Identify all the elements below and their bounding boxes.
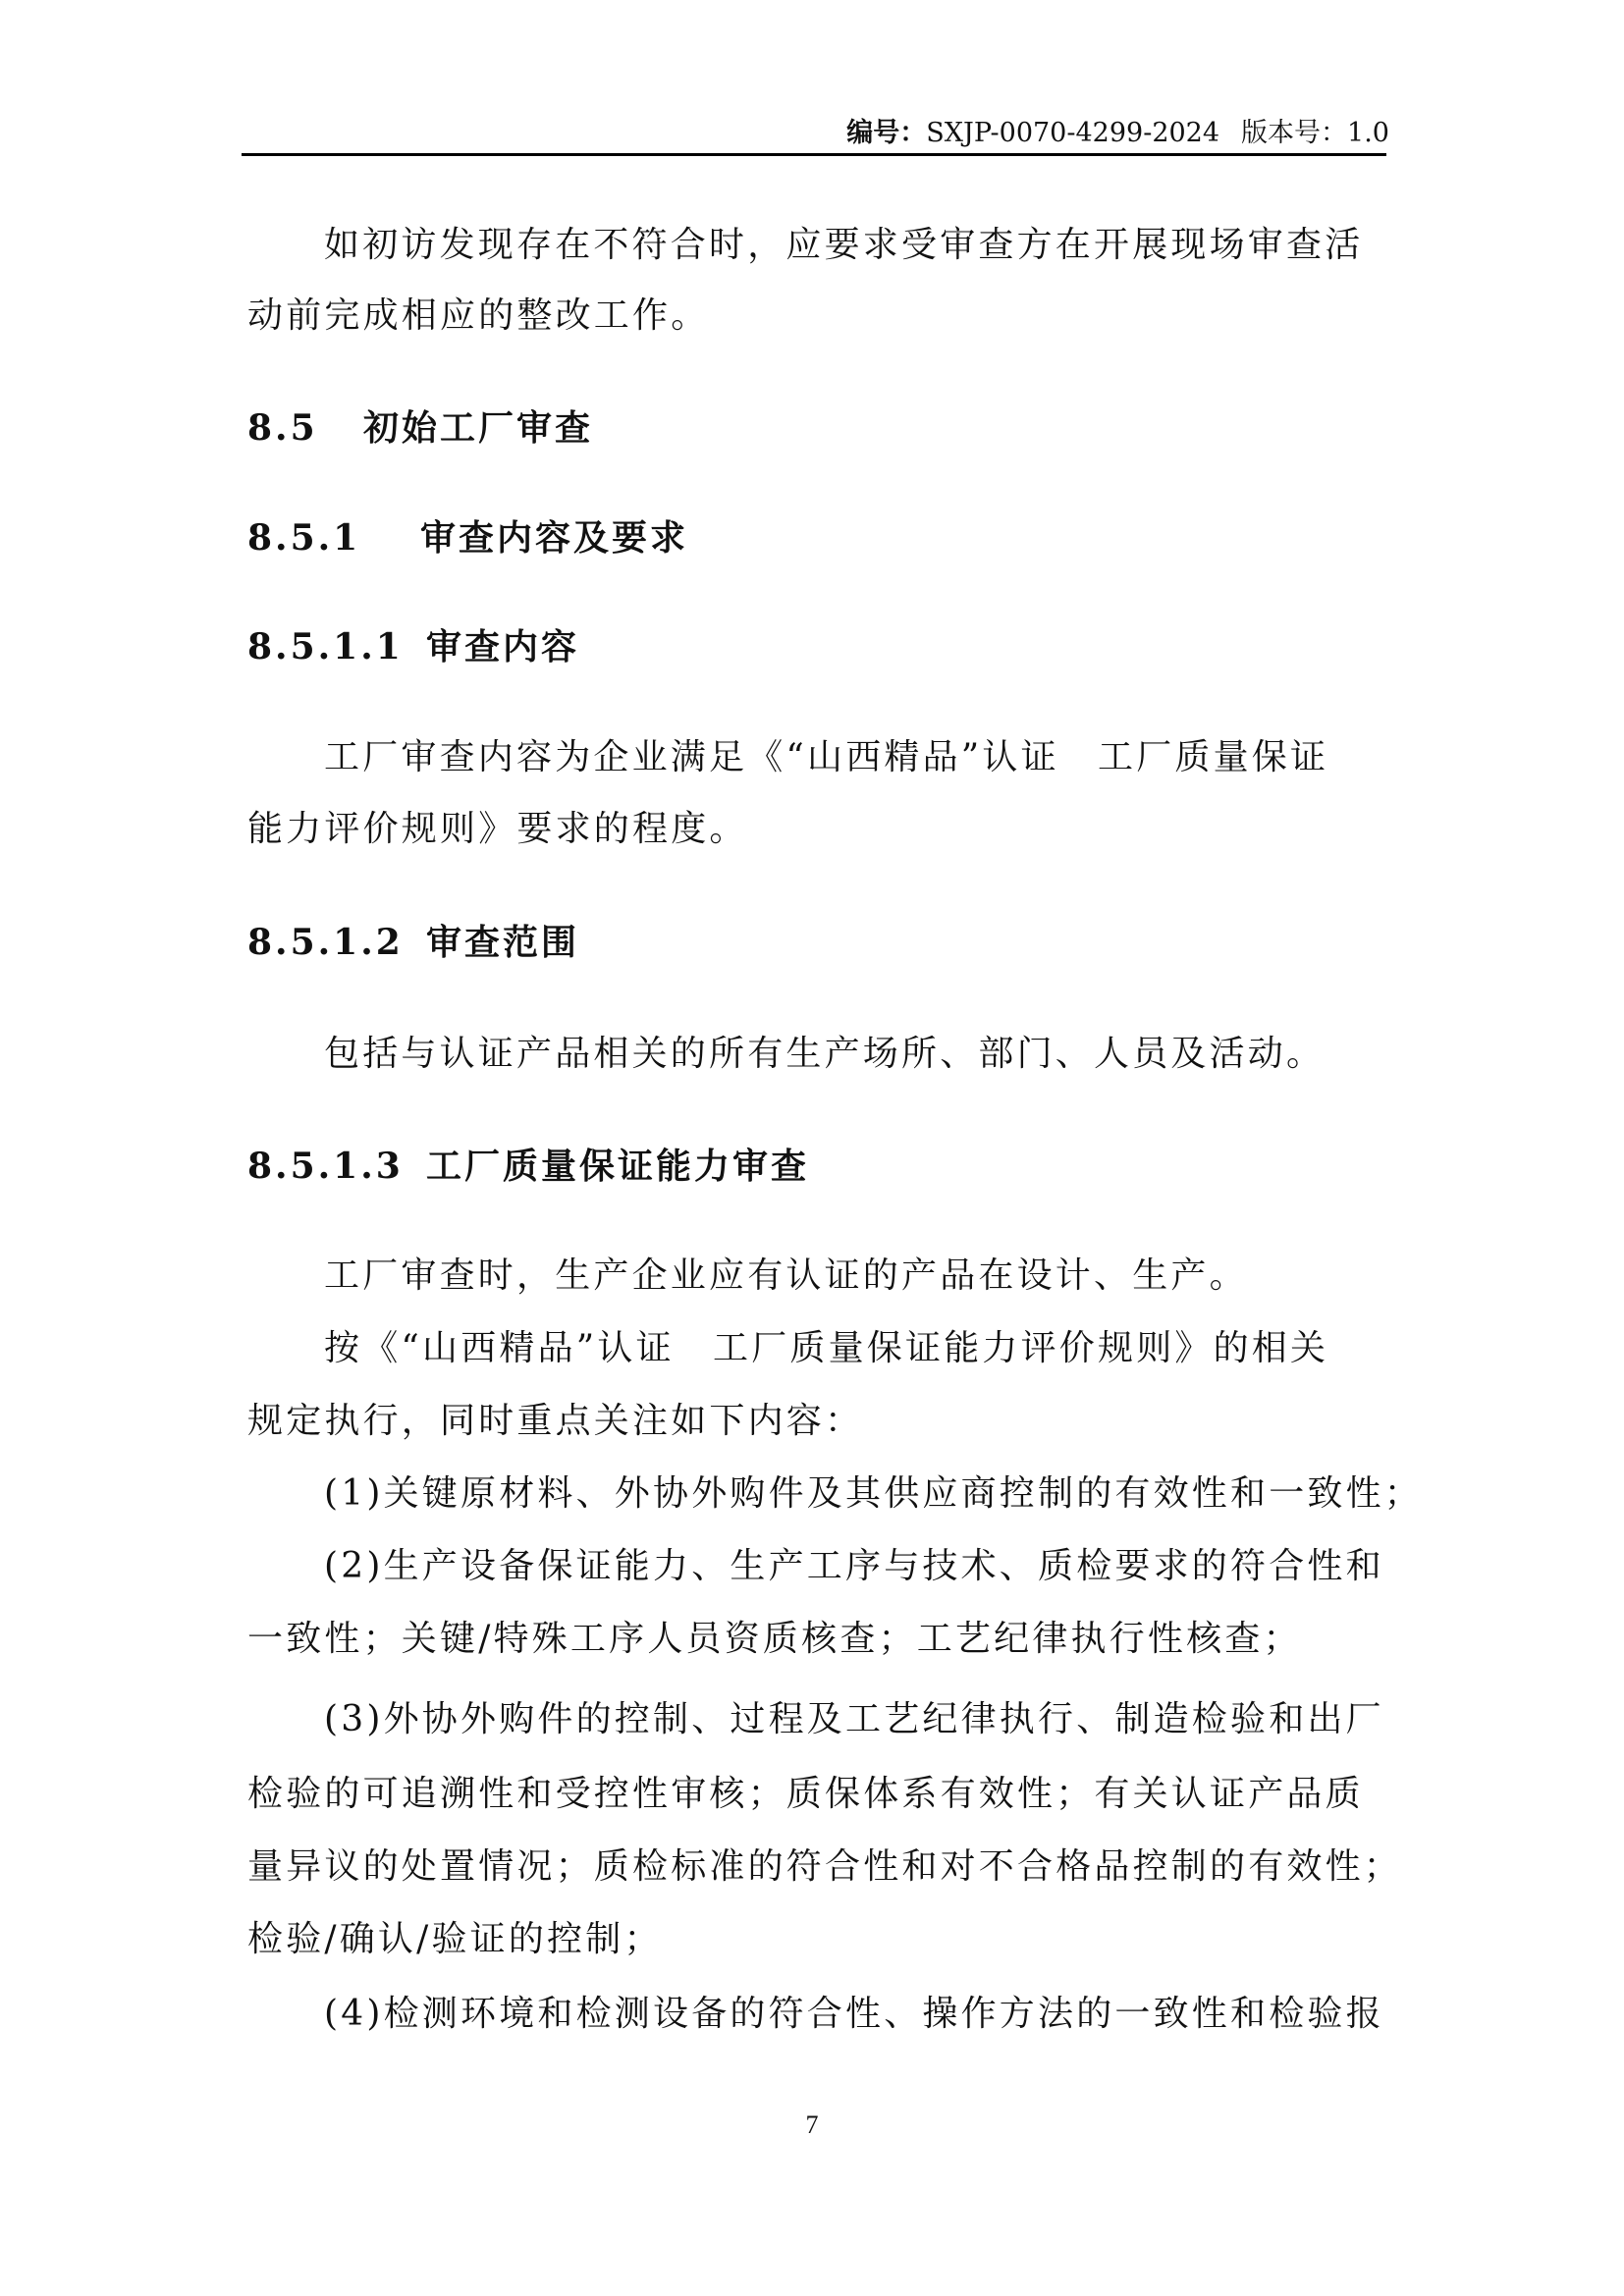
- doc-number: SXJP-0070-4299-2024: [926, 118, 1219, 148]
- doc-number-label: 编号：: [846, 118, 926, 148]
- paragraph-audit: 工厂审查时，生产企业应有认证的产品在设计、生产。: [324, 1255, 1248, 1298]
- heading-title: 工厂质量保证能力审查: [426, 1146, 809, 1187]
- paragraph-intro-line-2: 动前完成相应的整改工作。: [247, 294, 709, 338]
- heading-number: 8.5: [247, 406, 363, 450]
- page-header: 编号：SXJP-0070-4299-2024版本号：1.0: [241, 116, 1389, 155]
- version-number: 1.0: [1347, 118, 1389, 148]
- list-item-3-line-2: 检验的可追溯性和受控性审核；质保体系有效性；有关认证产品质: [247, 1773, 1364, 1816]
- paragraph-scope: 包括与认证产品相关的所有生产场所、部门、人员及活动。: [324, 1033, 1325, 1076]
- paragraph-rules-line-2: 规定执行，同时重点关注如下内容：: [247, 1400, 863, 1443]
- paragraph-content-line-1: 工厂审查内容为企业满足《“山西精品”认证 工厂质量保证: [324, 736, 1328, 779]
- page-number: 7: [0, 2110, 1624, 2140]
- list-item-3-line-3: 量异议的处置情况；质检标准的符合性和对不合格品控制的有效性；: [247, 1845, 1402, 1889]
- version-label: 版本号：: [1241, 118, 1347, 148]
- heading-8-5-1-1: 8.5.1.1审查内容: [247, 625, 579, 668]
- heading-number: 8.5.1.1: [247, 625, 426, 668]
- heading-title: 审查内容: [426, 626, 579, 667]
- list-item-3-line-4: 检验/确认/验证的控制；: [247, 1918, 663, 1961]
- heading-number: 8.5.1: [247, 516, 420, 560]
- heading-8-5-1-2: 8.5.1.2审查范围: [247, 921, 579, 964]
- heading-8-5-1: 8.5.1审查内容及要求: [247, 516, 688, 560]
- paragraph-intro-line-1: 如初访发现存在不符合时，应要求受审查方在开展现场审查活: [324, 224, 1363, 267]
- list-item-4-line-1: (4)检测环境和检测设备的符合性、操作方法的一致性和检验报: [324, 1993, 1384, 2036]
- paragraph-content-line-2: 能力评价规则》要求的程度。: [247, 808, 748, 851]
- paragraph-rules-line-1: 按《“山西精品”认证 工厂质量保证能力评价规则》的相关: [324, 1327, 1328, 1370]
- heading-title: 审查范围: [426, 922, 579, 963]
- heading-title: 初始工厂审查: [363, 407, 593, 449]
- heading-8-5-1-3: 8.5.1.3工厂质量保证能力审查: [247, 1145, 809, 1188]
- list-item-1-line-1: (1)关键原材料、外协外购件及其供应商控制的有效性和一致性；: [324, 1472, 1423, 1516]
- document-page: 编号：SXJP-0070-4299-2024版本号：1.0 如初访发现存在不符合…: [0, 0, 1624, 2296]
- heading-8-5: 8.5初始工厂审查: [247, 406, 593, 450]
- heading-number: 8.5.1.3: [247, 1145, 426, 1188]
- header-rule: [242, 153, 1386, 156]
- heading-number: 8.5.1.2: [247, 921, 426, 964]
- list-item-2-line-1: (2)生产设备保证能力、生产工序与技术、质检要求的符合性和: [324, 1545, 1384, 1588]
- heading-title: 审查内容及要求: [420, 517, 688, 559]
- list-item-2-line-2: 一致性；关键/特殊工序人员资质核查；工艺纪律执行性核查；: [247, 1618, 1302, 1661]
- list-item-3-line-1: (3)外协外购件的控制、过程及工艺纪律执行、制造检验和出厂: [324, 1698, 1384, 1741]
